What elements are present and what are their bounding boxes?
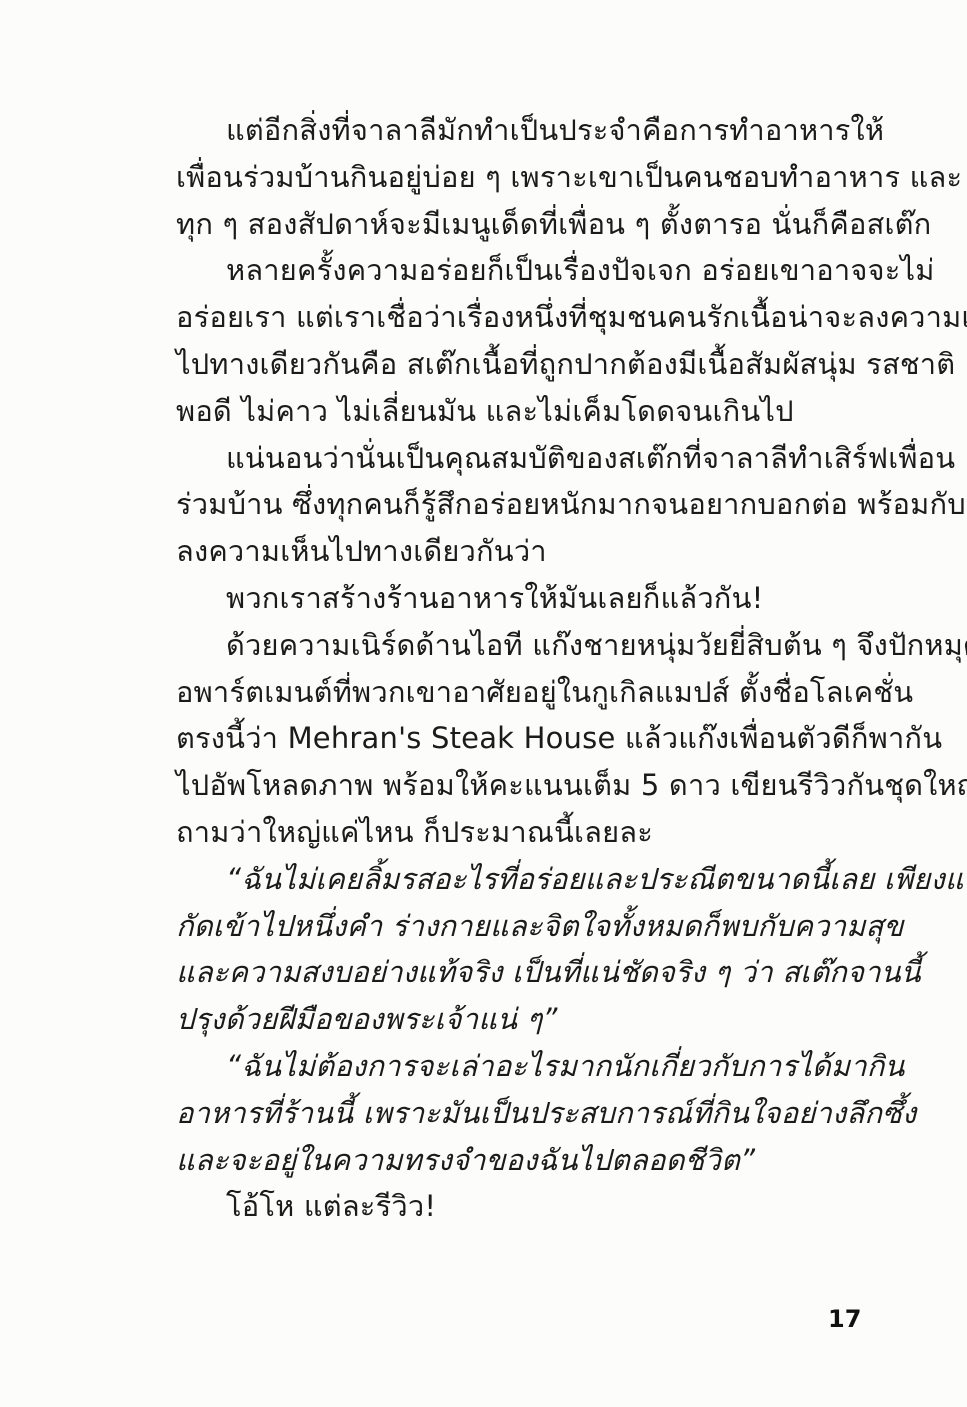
text-line: “ฉันไม่เคยลิ้มรสอะไรที่อร่อยและประณีตขนา… (176, 856, 866, 903)
text-line: โอ้โห แต่ละรีวิว! (176, 1183, 866, 1230)
paragraph-taste-opinion: หลายครั้งความอร่อยก็เป็นเรื่องปัจเจก อร่… (176, 247, 866, 434)
text-line: อร่อยเรา แต่เราเชื่อว่าเรื่องหนึ่งที่ชุม… (176, 294, 866, 341)
text-line: ด้วยความเนิร์ดด้านไอที แก๊งชายหนุ่มวัยยี… (176, 622, 866, 669)
text-line: ไปทางเดียวกันคือ สเต๊กเนื้อที่ถูกปากต้อง… (176, 341, 866, 388)
book-page: แต่อีกสิ่งที่จาลาลีมักทำเป็นประจำคือการท… (0, 0, 967, 1407)
paragraph-exclaim: โอ้โห แต่ละรีวิว! (176, 1183, 866, 1230)
text-line: ลงความเห็นไปทางเดียวกันว่า (176, 528, 866, 575)
text-line: “ฉันไม่ต้องการจะเล่าอะไรมากนักเกี่ยวกับก… (176, 1043, 866, 1090)
text-line: และจะอยู่ในความทรงจำของฉันไปตลอดชีวิต” (176, 1137, 866, 1184)
paragraph-review-quote-1: “ฉันไม่เคยลิ้มรสอะไรที่อร่อยและประณีตขนา… (176, 856, 866, 1043)
text-line: ถามว่าใหญ่แค่ไหน ก็ประมาณนี้เลยละ (176, 809, 866, 856)
text-line: ไปอัพโหลดภาพ พร้อมให้คะแนนเต็ม 5 ดาว เขี… (176, 762, 866, 809)
paragraph-google-maps: ด้วยความเนิร์ดด้านไอที แก๊งชายหนุ่มวัยยี… (176, 622, 866, 856)
paragraph-lets-build: พวกเราสร้างร้านอาหารให้มันเลยก็แล้วกัน! (176, 575, 866, 622)
text-line: พวกเราสร้างร้านอาหารให้มันเลยก็แล้วกัน! (176, 575, 866, 622)
text-line: แต่อีกสิ่งที่จาลาลีมักทำเป็นประจำคือการท… (176, 107, 866, 154)
text-line: ปรุงด้วยฝีมือของพระเจ้าแน่ ๆ” (176, 996, 866, 1043)
text-line: ตรงนี้ว่า Mehran's Steak House แล้วแก๊งเ… (176, 715, 866, 762)
text-line: แน่นอนว่านั่นเป็นคุณสมบัติของสเต๊กที่จาล… (176, 435, 866, 482)
text-line: พอดี ไม่คาว ไม่เลี่ยนมัน และไม่เค็มโดดจน… (176, 388, 866, 435)
text-line: และความสงบอย่างแท้จริง เป็นที่แน่ชัดจริง… (176, 949, 866, 996)
text-line: ร่วมบ้าน ซึ่งทุกคนก็รู้สึกอร่อยหนักมากจน… (176, 481, 866, 528)
paragraph-cooking-intro: แต่อีกสิ่งที่จาลาลีมักทำเป็นประจำคือการท… (176, 107, 866, 247)
text-line: กัดเข้าไปหนึ่งคำ ร่างกายและจิตใจทั้งหมดก… (176, 903, 866, 950)
text-line: ทุก ๆ สองสัปดาห์จะมีเมนูเด็ดที่เพื่อน ๆ … (176, 201, 866, 248)
text-line: เพื่อนร่วมบ้านกินอยู่บ่อย ๆ เพราะเขาเป็น… (176, 154, 866, 201)
text-line: อพาร์ตเมนต์ที่พวกเขาอาศัยอยู่ในกูเกิลแมป… (176, 669, 866, 716)
body-text: แต่อีกสิ่งที่จาลาลีมักทำเป็นประจำคือการท… (176, 107, 866, 1230)
paragraph-steak-quality: แน่นอนว่านั่นเป็นคุณสมบัติของสเต๊กที่จาล… (176, 435, 866, 575)
text-line: หลายครั้งความอร่อยก็เป็นเรื่องปัจเจก อร่… (176, 247, 866, 294)
page-number: 17 (828, 1305, 861, 1333)
paragraph-review-quote-2: “ฉันไม่ต้องการจะเล่าอะไรมากนักเกี่ยวกับก… (176, 1043, 866, 1183)
text-line: อาหารที่ร้านนี้ เพราะมันเป็นประสบการณ์ที… (176, 1090, 866, 1137)
